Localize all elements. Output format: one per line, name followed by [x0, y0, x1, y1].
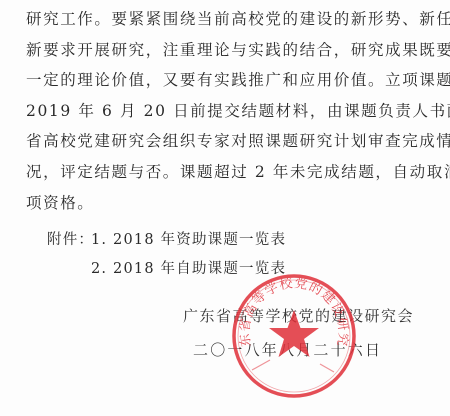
- attachments-label: 附件：: [47, 226, 91, 255]
- document-page: 研究工作。要紧紧围绕当前高校党的建设的新形势、新任务、 新要求开展研究，注重理论…: [0, 0, 450, 416]
- paragraph-line: 况，评定结题与否。课题超过 2 年未完成结题，自动取消立: [26, 157, 426, 188]
- paragraph-line: 2019 年 6 月 20 日前提交结题材料，由课题负责人书面申请，: [26, 96, 426, 127]
- attachment-row: 2. 2018 年自助课题一览表: [47, 255, 286, 284]
- attachment-item: 1. 2018 年资助课题一览表: [91, 226, 286, 255]
- issuer-signature: 广东省高等学校党的建设研究会: [183, 305, 414, 326]
- paragraph-line: 项资格。: [26, 188, 426, 219]
- paragraph-line: 一定的理论价值，又要有实践推广和应用价值。立项课题于: [26, 65, 426, 96]
- paragraph-line: 研究工作。要紧紧围绕当前高校党的建设的新形势、新任务、: [26, 4, 426, 35]
- body-paragraph: 研究工作。要紧紧围绕当前高校党的建设的新形势、新任务、 新要求开展研究，注重理论…: [26, 4, 426, 218]
- issue-date: 二〇一八年八月二十六日: [193, 339, 382, 360]
- paragraph-line: 省高校党建研究会组织专家对照课题研究计划审查完成情: [26, 126, 426, 157]
- paragraph-line: 新要求开展研究，注重理论与实践的结合，研究成果既要有: [26, 35, 426, 66]
- attachments-list: 附件：1. 2018 年资助课题一览表 2. 2018 年自助课题一览表: [47, 226, 286, 284]
- attachment-item: 2. 2018 年自助课题一览表: [91, 255, 286, 284]
- official-seal-stamp: 广东省高等学校党的建设研究会: [230, 272, 358, 400]
- attachment-row: 附件：1. 2018 年资助课题一览表: [47, 226, 286, 255]
